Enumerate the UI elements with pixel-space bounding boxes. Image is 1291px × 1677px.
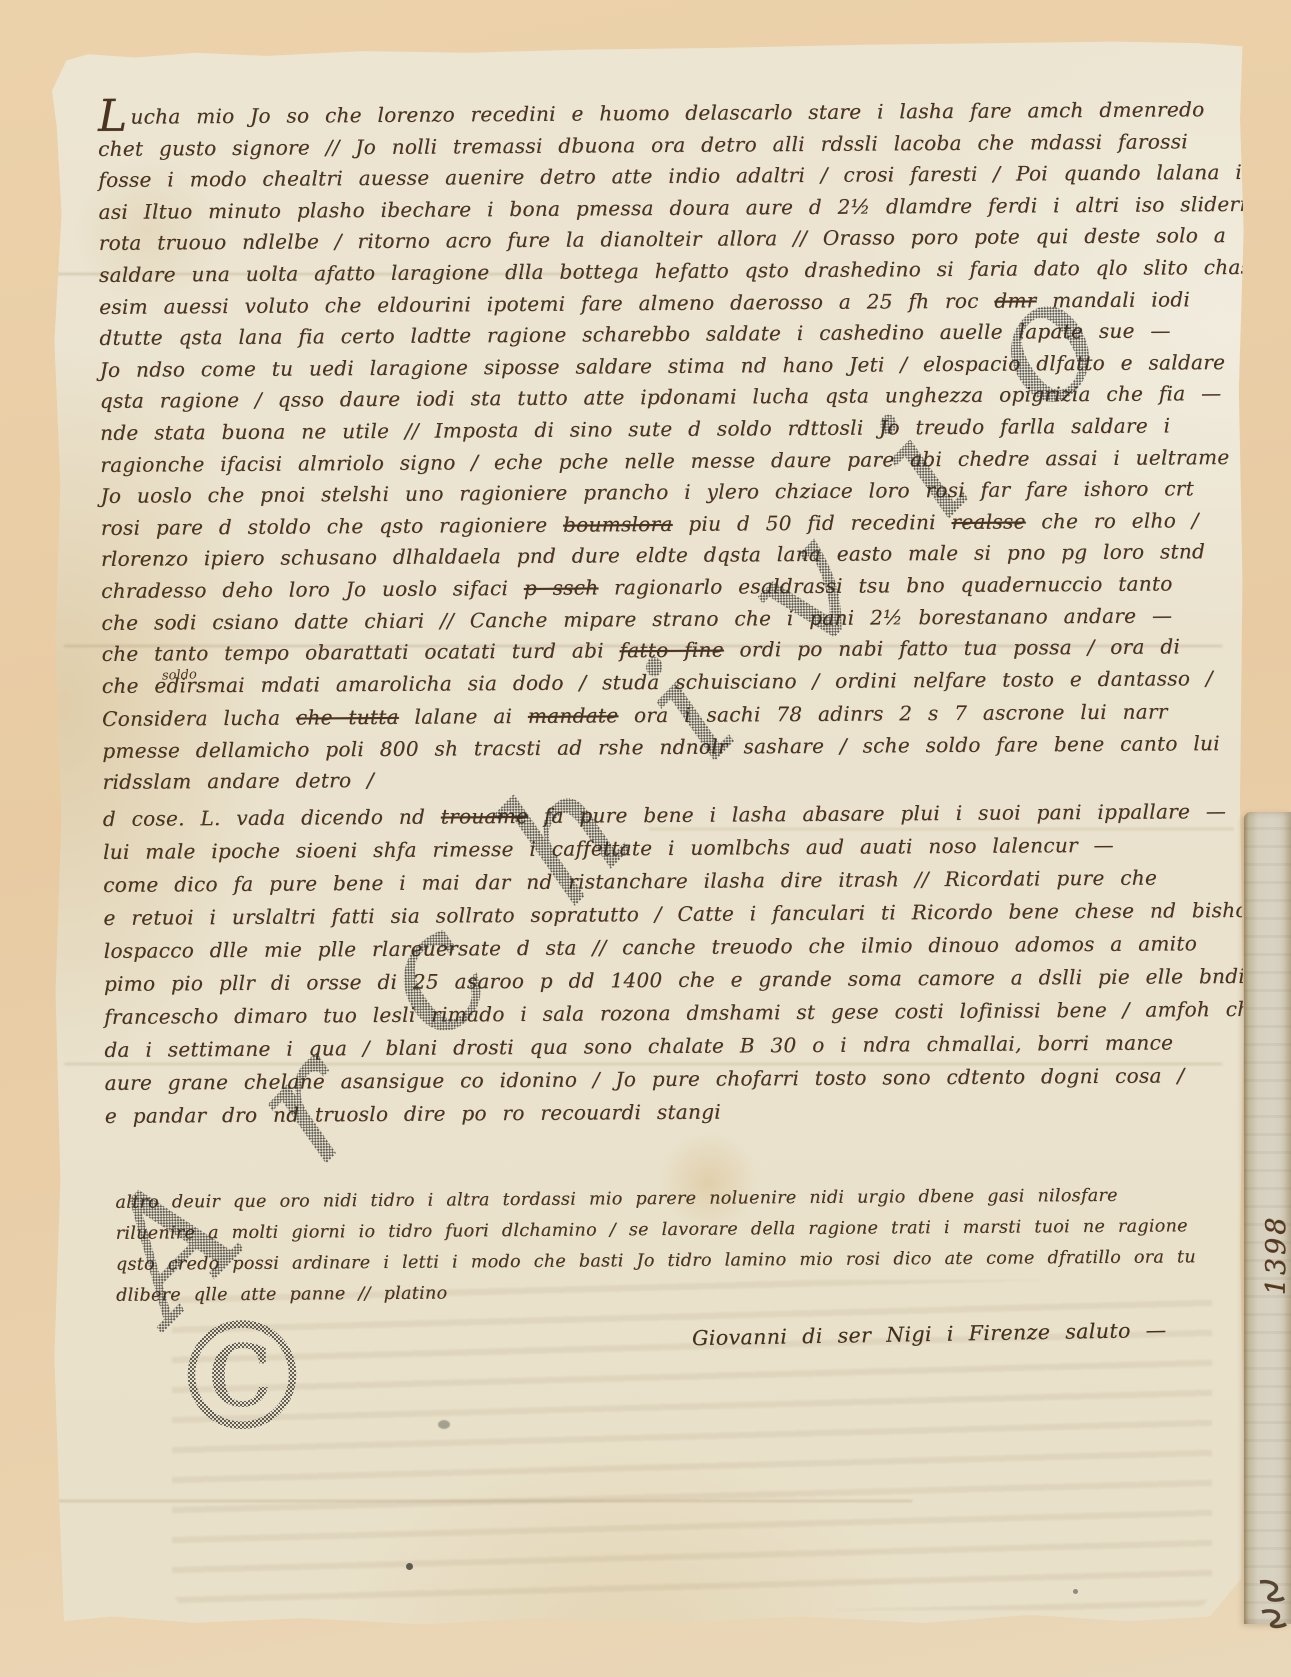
initial-capital: L (98, 91, 128, 142)
manuscript-page: Lucha mio Jo so che lorenzo recedini e h… (52, 40, 1246, 1626)
interlinear-note: soldo (162, 667, 197, 683)
edge-ink-mark (1254, 1578, 1288, 1630)
letter-text: Lucha mio Jo so che lorenzo recedini e h… (98, 94, 1221, 1312)
paragraph: Lucha mio Jo so che lorenzo recedini e h… (98, 94, 1217, 702)
paragraph: Considera lucha che tutta lalane ai mand… (102, 696, 1218, 799)
folio-number: 1398 (1261, 1210, 1291, 1300)
paper-speck (1073, 1589, 1078, 1594)
manuscript-line: e pandar dro nd truoslo dire po ro recou… (105, 1092, 1220, 1133)
paragraph: d cose. L. vada dicendo nd trouame fa pu… (103, 795, 1220, 1133)
adjacent-folio-edge: 1398 (1244, 812, 1291, 1624)
paragraph: altro deuir que oro nidi tidro i altra t… (115, 1180, 1221, 1312)
scanned-photo: Lucha mio Jo so che lorenzo recedini e h… (0, 0, 1291, 1677)
paper-speck (406, 1563, 413, 1570)
paper-speck (438, 1420, 450, 1429)
manuscript-line: ridsslam andare detro / (102, 760, 1217, 799)
